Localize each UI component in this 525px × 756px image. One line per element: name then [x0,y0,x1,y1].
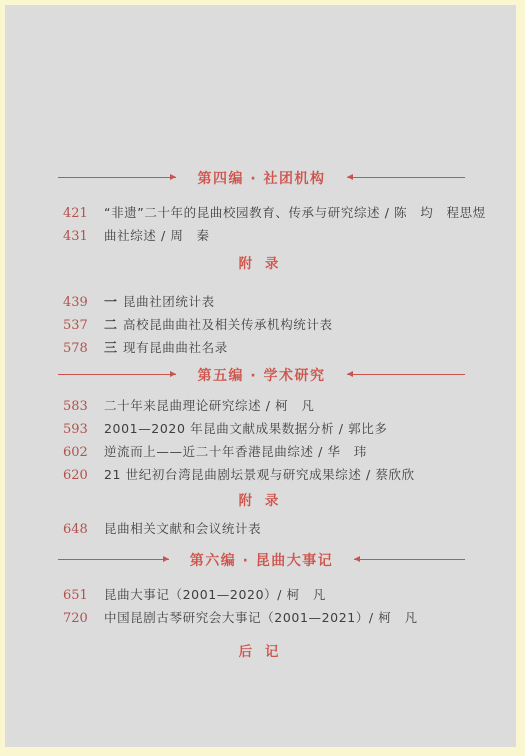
arrow-right-icon [163,556,169,562]
entry-title: 2001—2020 年昆曲文献成果数据分析 / 郭比多 [104,418,387,440]
postscript-heading: 后 记 [5,644,516,661]
entry-title: 现有昆曲曲社名录 [123,337,228,359]
page-number: 651 [63,585,104,607]
toc-content: 第四编 · 社团机构 421 “非遗”二十年的昆曲校园教育、传承与研究综述 / … [5,5,516,747]
toc-entry: 431 曲社综述 / 周 秦 [5,225,516,248]
toc-entry: 421 “非遗”二十年的昆曲校园教育、传承与研究综述 / 陈 均 程思煜 [5,202,516,225]
entry-title: 昆曲相关文献和会议统计表 [104,518,261,540]
entry-title: 21 世纪初台湾昆曲剧坛景观与研究成果综述 / 蔡欣欣 [104,464,415,486]
toc-entry: 583 二十年来昆曲理论研究综述 / 柯 凡 [5,395,516,418]
entry-title: 昆曲社团统计表 [123,291,215,313]
header-rule-left [58,177,176,178]
part6-entry-list: 651 昆曲大事记（2001—2020）/ 柯 凡 720 中国昆剧古琴研究会大… [5,584,516,630]
entry-title: 曲社综述 / 周 秦 [104,225,210,247]
page-number: 720 [63,608,104,630]
part4-entry-list: 421 “非遗”二十年的昆曲校园教育、传承与研究综述 / 陈 均 程思煜 431… [5,202,516,248]
part4-appendix-list: 439 一 昆曲社团统计表 537 二 高校昆曲曲社及相关传承机构统计表 578… [5,291,516,360]
arrow-right-icon [170,174,176,180]
arrow-right-icon [170,371,176,377]
page-panel: 第四编 · 社团机构 421 “非遗”二十年的昆曲校园教育、传承与研究综述 / … [5,5,516,747]
arrow-left-icon [347,371,353,377]
toc-entry: 439 一 昆曲社团统计表 [5,291,516,314]
part5-entry-list: 583 二十年来昆曲理论研究综述 / 柯 凡 593 2001—2020 年昆曲… [5,395,516,487]
page-number: 583 [63,396,104,418]
part5-appendix-list: 648 昆曲相关文献和会议统计表 [5,518,516,541]
entry-title: 二十年来昆曲理论研究综述 / 柯 凡 [104,395,314,417]
entry-title: 高校昆曲曲社及相关传承机构统计表 [123,314,333,336]
header-rule-left [58,374,176,375]
appendix-heading: 附 录 [5,493,516,510]
entry-title: 中国昆剧古琴研究会大事记（2001—2021）/ 柯 凡 [104,607,418,629]
toc-entry: 720 中国昆剧古琴研究会大事记（2001—2021）/ 柯 凡 [5,607,516,630]
page-number: 648 [63,519,104,541]
page-number: 602 [63,442,104,464]
entry-ordinal: 三 [104,338,123,360]
header-rule-right [347,177,465,178]
entry-ordinal: 二 [104,315,123,337]
header-rule-right [347,374,465,375]
part-title: 第六编 · 昆曲大事记 [190,550,334,570]
part-header-5: 第五编 · 学术研究 [58,366,465,383]
toc-entry: 602 逆流而上——近二十年香港昆曲综述 / 华 玮 [5,441,516,464]
entry-title: “非遗”二十年的昆曲校园教育、传承与研究综述 / 陈 均 程思煜 [104,202,486,224]
part-header-4: 第四编 · 社团机构 [58,169,465,186]
entry-title: 昆曲大事记（2001—2020）/ 柯 凡 [104,584,326,606]
page-number: 593 [63,419,104,441]
part-header-6: 第六编 · 昆曲大事记 [58,551,465,568]
page-number: 578 [63,338,104,360]
header-rule-right [354,559,465,560]
part-title: 第五编 · 学术研究 [197,365,325,385]
toc-entry: 593 2001—2020 年昆曲文献成果数据分析 / 郭比多 [5,418,516,441]
page-number: 431 [63,226,104,248]
toc-entry: 578 三 现有昆曲曲社名录 [5,337,516,360]
part-title: 第四编 · 社团机构 [197,168,325,188]
entry-ordinal: 一 [104,292,123,314]
page-number: 421 [63,203,104,225]
page-number: 537 [63,315,104,337]
toc-entry: 537 二 高校昆曲曲社及相关传承机构统计表 [5,314,516,337]
arrow-left-icon [347,174,353,180]
entry-title: 逆流而上——近二十年香港昆曲综述 / 华 玮 [104,441,367,463]
toc-entry: 651 昆曲大事记（2001—2020）/ 柯 凡 [5,584,516,607]
toc-entry: 620 21 世纪初台湾昆曲剧坛景观与研究成果综述 / 蔡欣欣 [5,464,516,487]
arrow-left-icon [354,556,360,562]
page-number: 620 [63,465,104,487]
header-rule-left [58,559,169,560]
appendix-heading: 附 录 [5,256,516,273]
toc-entry: 648 昆曲相关文献和会议统计表 [5,518,516,541]
page-number: 439 [63,292,104,314]
